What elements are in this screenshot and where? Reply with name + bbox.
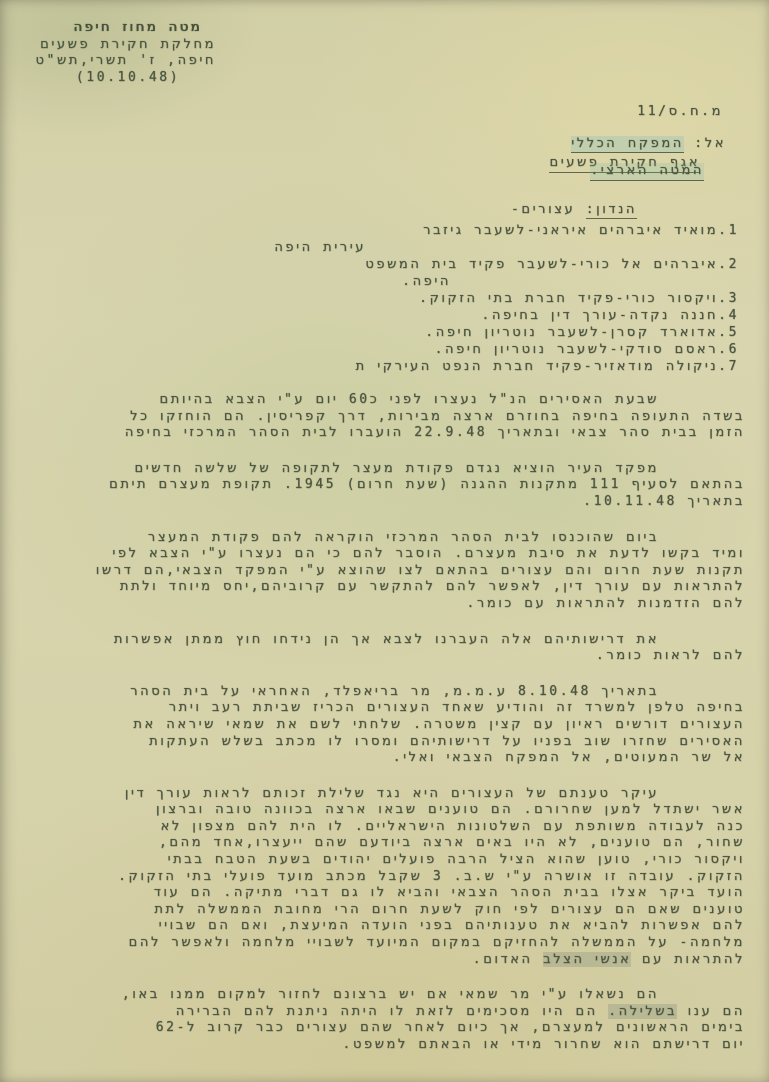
text-line: להם הזדמנות להתראות עם כומר.	[18, 596, 745, 613]
paragraph: עיקר טענתם של העצורים היא נגד שלילת זכות…	[18, 786, 745, 969]
text-line: הזמן בבית סהר צבאי ובתאריך 22.9.48 הועבר…	[18, 425, 745, 442]
detainee-line: 5.אדוארד קסרן-לשעבר נוטריון חיפה.	[274, 324, 739, 341]
text-line: בהתאם לסעיף 111 מתקנות ההגנה (שעת חרום) …	[18, 477, 745, 494]
text-line: תקנות שעת חרום והם עצורים בהתאם לצו שהוצ…	[18, 563, 745, 580]
text-line: להתראות עם אנשי הצלב האדום.	[18, 952, 745, 969]
addressee-overlap: אגף חקירת פשעים המטה הארצי.	[571, 155, 726, 189]
paragraph: מפקד העיר הוציא נגדם פקודת מעצר לתקופה ש…	[18, 461, 745, 511]
text-line: בשדה התעופה בחיפה בחוזרם ארצה מבירות, דר…	[18, 409, 745, 426]
detainee-line: 3.ויקסור כורי-פקיד חברת בתי הזקוק.	[274, 290, 739, 307]
addressee-hq: המטה הארצי.	[590, 163, 704, 182]
paragraph: שבעת האסירים הנ"ל נעצרו לפני כ60 יום ע"י…	[18, 392, 745, 442]
text-line: עיקר טענתם של העצורים היא נגד שלילת זכות…	[18, 786, 745, 803]
detainee-line: היפה.	[274, 273, 739, 290]
letterhead-unit: מטה מחוז חיפה	[40, 20, 216, 37]
detainee-list: 1.מואיד איברהים איראני-לשעבר גיזברעירית …	[274, 222, 739, 375]
text-line: בתאריך 8.10.48 ע.מ.מ, מר בריאפלד, האחראי…	[18, 684, 745, 701]
text-line: להתראות עם עורך דין, לאפשר להם להתקשר עם…	[18, 579, 745, 596]
text-line: יום דרישתם הוא שחרור מידי או הבאתם למשפט…	[18, 1037, 745, 1054]
addressee-name: המפקח הכללי	[571, 136, 684, 153]
letterhead-hebrew-date: חיפה, ז' תשרי,תש"ט	[40, 53, 216, 70]
letterhead-gregorian-date: (10.10.48)	[40, 70, 216, 87]
text-line: ביום שהוכנסו לבית הסהר המרכזי הוקראה להם…	[18, 530, 745, 547]
paragraph: ביום שהוכנסו לבית הסהר המרכזי הוקראה להם…	[18, 530, 745, 613]
text-line: טוענים שאם הם עצורים לפי חוק לשעת חרום ה…	[18, 902, 745, 919]
text-line: ומיד בקשו לדעת את סיבת מעצרם. הוסבר להם …	[18, 546, 745, 563]
text-line: הועד ביקר אצלו בבית הסהר הצבאי והביא לו …	[18, 885, 745, 902]
to-label: אל:	[684, 136, 726, 151]
paragraph: בתאריך 8.10.48 ע.מ.מ, מר בריאפלד, האחראי…	[18, 684, 745, 767]
text-line: מלחמה- על הממשלה להחזיקם במקום המיועד לש…	[18, 935, 745, 952]
text-line: הם ענו בשלילה. הם היו מסכימים לזאת לו הי…	[18, 1004, 745, 1021]
detainee-line: 6.ראסם סודקי-לשעבר נוטריון חיפה.	[274, 341, 739, 358]
subject-text: עצורים-	[511, 202, 586, 217]
subject-line: הנדון: עצורים-	[511, 202, 637, 219]
subject-label: הנדון:	[586, 202, 637, 219]
text-segment: האדום.	[473, 952, 543, 967]
detainee-line: 7.ניקולה מודאזיר-פקיד חברת הנפט העירקי ת	[274, 358, 739, 375]
detainee-line: 4.חננה נקדה-עורך דין בחיפה.	[274, 307, 739, 324]
paragraph: את דרישותיהם אלה העברנו לצבא אך הן נידחו…	[18, 632, 745, 665]
text-line: הזקוק. עובדה זו אושרה ע"י ש.ב. 3 שקבל מכ…	[18, 869, 745, 886]
detainee-line: 1.מואיד איברהים איראני-לשעבר גיזבר	[274, 222, 739, 239]
text-line: אל שר המעוטים, אל המפקח הצבאי ואלי.	[18, 750, 745, 767]
scanned-document-page: מטה מחוז חיפה מחלקת חקירת פשעים חיפה, ז'…	[0, 0, 769, 1082]
text-line: כנה לעבודה משותפת עם השלטונות הישראליים.…	[18, 819, 745, 836]
text-line: את דרישותיהם אלה העברנו לצבא אך הן נידחו…	[18, 632, 745, 649]
addressee-block: אל: המפקח הכללי אגף חקירת פשעים המטה האר…	[571, 136, 726, 189]
letterhead-department: מחלקת חקירת פשעים	[40, 37, 216, 54]
text-line: בחיפה טלפן למשרד זה והודיע שאחד העצורים …	[18, 700, 745, 717]
text-line: ויקסור כורי, טוען שהוא הציל הרבה פועלים …	[18, 852, 745, 869]
text-segment: הם היו מסכימים לזאת לו היתה ניתנת להם הב…	[176, 1004, 608, 1019]
paragraph: הם נשאלו ע"י מר שמאי אם יש ברצונם לחזור …	[18, 987, 745, 1053]
text-segment: להתראות עם	[631, 952, 745, 967]
letter-body: שבעת האסירים הנ"ל נעצרו לפני כ60 יום ע"י…	[18, 392, 745, 1073]
text-segment: הם ענו	[677, 1004, 745, 1019]
detainee-line: עירית היפה	[274, 239, 739, 256]
detainee-line: 2.איברהים אל כורי-לשעבר פקיד בית המשפט	[274, 256, 739, 273]
text-line: הם נשאלו ע"י מר שמאי אם יש ברצונם לחזור …	[18, 987, 745, 1004]
text-line: להם לראות כומר.	[18, 648, 745, 665]
highlighted-text: אנשי הצלב	[543, 952, 631, 967]
text-line: האסירים שחזרו שוב בפניו על דרישותיהם ומס…	[18, 734, 745, 751]
text-line: העצורים דורשים ראיון עם קצין משטרה. שלחת…	[18, 717, 745, 734]
text-line: להם אפשרות להביא את טענותיהם בפני הועדה …	[18, 918, 745, 935]
text-line: בימים הראשונים למעצרם, אך כיום לאחר שהם …	[18, 1020, 745, 1037]
addressee-line: אל: המפקח הכללי	[571, 136, 726, 153]
text-line: מפקד העיר הוציא נגדם פקודת מעצר לתקופה ש…	[18, 461, 745, 478]
letterhead: מטה מחוז חיפה מחלקת חקירת פשעים חיפה, ז'…	[40, 20, 216, 86]
highlighted-text: בשלילה.	[608, 1004, 677, 1019]
text-line: שחור, הם טוענים, לא היו באים ארצה ביודעם…	[18, 835, 745, 852]
text-line: שבעת האסירים הנ"ל נעצרו לפני כ60 יום ע"י…	[18, 392, 745, 409]
reference-number: מ.ח.ס/11	[637, 104, 723, 121]
text-line: בתאריך 10.11.48.	[18, 494, 745, 511]
text-line: אשר ישתדל למען שחרורם. הם טוענים שבאו אר…	[18, 802, 745, 819]
